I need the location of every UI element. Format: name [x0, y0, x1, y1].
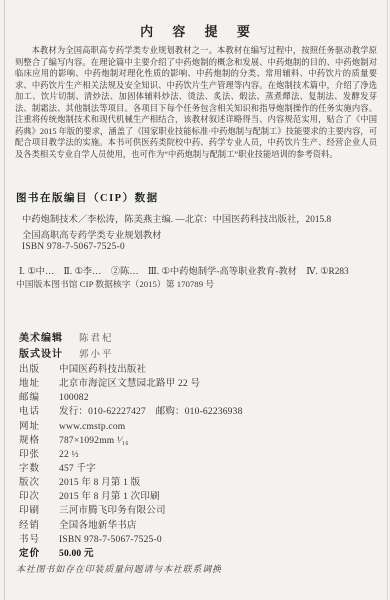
scan-edge-left [4, 0, 5, 600]
pub-row-distributor: 经销 全国各地新华书店 [19, 517, 377, 531]
pub-label: 规格 [19, 432, 43, 446]
credit-row-art-editor: 美术编辑 陈君杞 [19, 329, 114, 345]
pub-label: 经销 [19, 517, 43, 531]
pub-row-format: 规格 787×1092mm ¹⁄₁₆ [19, 432, 377, 446]
pub-value: 2015 年 8 月第 1 次印刷 [59, 488, 160, 502]
content-summary-body: 本教材为全国高职高专药学类专业规划教材之一。本教材在编写过程中，按照任务驱动教学… [15, 45, 377, 160]
credit-row-layout-design: 版式设计 郭小平 [19, 345, 114, 361]
credit-label: 美术编辑 [19, 329, 63, 344]
cip-isbn: ISBN 978-7-5067-7525-0 [22, 242, 125, 252]
pub-value: 2015 年 8 月第 1 版 [59, 474, 140, 488]
quality-exchange-note: 本社图书如存在印装质量问题请与本社联系调换 [16, 562, 222, 575]
pub-value: 全国各地新华书店 [59, 517, 137, 531]
pub-value: 中国医药科技出版社 [59, 361, 146, 375]
pub-value: 北京市海淀区文慧园北路甲 22 号 [59, 375, 200, 389]
pub-row-sheets: 印张 22 ½ [19, 446, 377, 460]
credit-value: 陈君杞 [79, 330, 114, 344]
pub-row-price: 定价 50.00 元 [19, 545, 377, 559]
publication-info-block: 出版 中国医药科技出版社 地址 北京市海淀区文慧园北路甲 22 号 邮编 100… [19, 361, 377, 559]
pub-label: 印次 [19, 488, 43, 502]
pub-value: 发行：010-62227427 邮购：010-62236938 [59, 403, 243, 417]
pub-row-edition: 版次 2015 年 8 月第 1 版 [19, 474, 377, 488]
pub-value: 三河市腾飞印务有限公司 [59, 502, 166, 516]
credit-label: 版式设计 [19, 345, 63, 360]
pub-label: 出版 [19, 361, 43, 375]
pub-label: 地址 [19, 375, 43, 389]
pub-row-printer: 印刷 三河市腾飞印务有限公司 [19, 502, 377, 516]
pub-value: 100082 [59, 393, 89, 403]
credits-block: 美术编辑 陈君杞 版式设计 郭小平 [19, 329, 114, 361]
pub-row-phone: 电话 发行：010-62227427 邮购：010-62236938 [19, 403, 377, 417]
pub-label: 印张 [19, 446, 43, 460]
pub-label: 电话 [19, 403, 43, 417]
pub-row-wordcount: 字数 457 千字 [19, 460, 377, 474]
cip-classification: Ⅰ. ①中… Ⅱ. ①李… ②陈… Ⅲ. ①中药炮制学-高等职业教育-教材 Ⅳ.… [19, 263, 379, 277]
pub-label: 网址 [19, 418, 43, 432]
pub-label: 版次 [19, 474, 43, 488]
pub-label: 书号 [19, 531, 43, 545]
pub-row-address: 地址 北京市海淀区文慧园北路甲 22 号 [19, 375, 377, 389]
pub-value: 50.00 元 [59, 545, 94, 559]
pub-value: ISBN 978-7-5067-7525-0 [59, 535, 162, 545]
content-summary-title: 内 容 提 要 [0, 21, 390, 40]
pub-label: 字数 [19, 460, 43, 474]
pub-row-impression: 印次 2015 年 8 月第 1 次印刷 [19, 488, 377, 502]
pub-value: 457 千字 [59, 460, 96, 474]
pub-value: 787×1092mm ¹⁄₁₆ [59, 436, 129, 446]
pub-label: 印刷 [19, 502, 43, 516]
cip-title-line: 中药炮制技术／李松涛，陈美燕主编. —北京：中国医药科技出版社，2015.8 [22, 211, 372, 225]
pub-label: 定价 [19, 545, 43, 559]
cip-series-line: 全国高职高专药学类专业规划教材 [22, 227, 161, 241]
pub-row-postcode: 邮编 100082 [19, 389, 377, 403]
pub-row-publisher: 出版 中国医药科技出版社 [19, 361, 377, 375]
pub-label: 邮编 [19, 389, 43, 403]
pub-row-website: 网址 www.cmstp.com [19, 418, 377, 432]
cip-heading: 图书在版编目（CIP）数据 [16, 190, 159, 205]
book-copyright-page: 内 容 提 要 本教材为全国高职高专药学类专业规划教材之一。本教材在编写过程中，… [0, 0, 390, 600]
cip-registry-number: 中国版本图书馆 CIP 数据核字（2015）第 170789 号 [16, 277, 214, 290]
credit-value: 郭小平 [79, 346, 114, 360]
pub-row-isbn: 书号 ISBN 978-7-5067-7525-0 [19, 531, 377, 545]
scan-edge-right [387, 0, 388, 600]
pub-value: 22 ½ [59, 450, 79, 460]
pub-value: www.cmstp.com [59, 422, 125, 432]
